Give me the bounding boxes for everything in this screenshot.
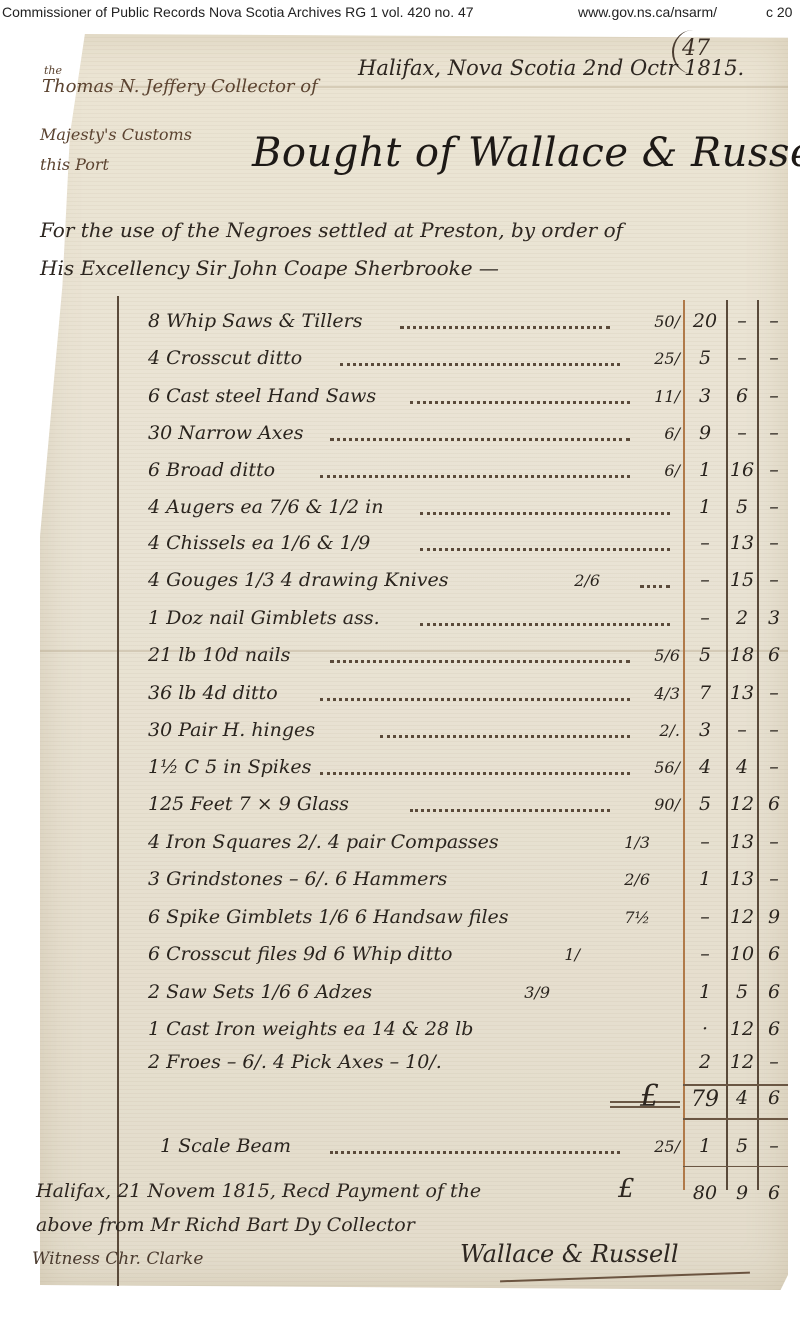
item-rate: 56/ bbox=[654, 758, 680, 777]
item-rate: 11/ bbox=[654, 387, 680, 406]
item-pence: 6 bbox=[760, 943, 788, 965]
item-pounds: – bbox=[686, 831, 724, 853]
item-pounds: 20 bbox=[686, 310, 724, 332]
item-shillings: 12 bbox=[727, 906, 757, 928]
item-pence: – bbox=[760, 756, 788, 778]
item-shillings: 13 bbox=[727, 532, 757, 554]
item-pence: – bbox=[760, 459, 788, 481]
item-description: 30 Narrow Axes bbox=[148, 422, 304, 444]
dot-leader bbox=[410, 807, 610, 812]
item-shillings: – bbox=[727, 422, 757, 444]
purpose-line-2: His Excellency Sir John Coape Sherbrooke… bbox=[40, 256, 499, 280]
item-shillings: 13 bbox=[727, 682, 757, 704]
item-pence: – bbox=[760, 569, 788, 591]
item-rate: 2/6 bbox=[574, 571, 600, 590]
witness-line: Witness Chr. Clarke bbox=[32, 1249, 203, 1269]
item-rate: 2/6 bbox=[624, 870, 650, 889]
item-pounds: – bbox=[686, 569, 724, 591]
item-description: 6 Spike Gimblets 1/6 6 Handsaw files bbox=[148, 906, 509, 928]
table-row: 21 lb 10d nails 5/6 5 18 6 bbox=[0, 640, 800, 674]
item-shillings: 5 bbox=[727, 981, 757, 1003]
item-pence: 3 bbox=[760, 607, 788, 629]
dot-leader bbox=[410, 399, 630, 404]
table-row: 3 Grindstones – 6/. 6 Hammers 2/6 1 13 – bbox=[0, 864, 800, 898]
item-description: 2 Saw Sets 1/6 6 Adzes bbox=[148, 981, 372, 1003]
item-description: 4 Chissels ea 1/6 & 1/9 bbox=[148, 532, 370, 554]
addressee-line-2: Majesty's Customs bbox=[40, 125, 192, 144]
item-description: 6 Broad ditto bbox=[148, 459, 275, 481]
item-pence: 6 bbox=[760, 644, 788, 666]
item-rate: 2/. bbox=[659, 721, 680, 740]
table-row: 30 Narrow Axes 6/ 9 – – bbox=[0, 418, 800, 452]
item-rate: 6/ bbox=[664, 424, 680, 443]
purpose-line-1: For the use of the Negroes settled at Pr… bbox=[40, 218, 623, 242]
item-pounds: 9 bbox=[686, 422, 724, 444]
item-pounds: 1 bbox=[686, 496, 724, 518]
item-pence: 6 bbox=[760, 1018, 788, 1040]
item-description: 8 Whip Saws & Tillers bbox=[148, 310, 363, 332]
dot-leader bbox=[320, 770, 630, 775]
item-description: 1 Scale Beam bbox=[160, 1135, 291, 1157]
table-row: 2 Froes – 6/. 4 Pick Axes – 10/. 2 12 – bbox=[0, 1047, 800, 1081]
table-row: 4 Gouges 1/3 4 drawing Knives 2/6 – 15 – bbox=[0, 565, 800, 599]
table-row: 6 Cast steel Hand Saws 11/ 3 6 – bbox=[0, 381, 800, 415]
table-row: 1 Scale Beam 25/ 1 5 – bbox=[0, 1131, 800, 1165]
item-pence: – bbox=[760, 532, 788, 554]
table-row: 1 Doz nail Gimblets ass. – 2 3 bbox=[0, 603, 800, 637]
table-row: 8 Whip Saws & Tillers 50/ 20 – – bbox=[0, 306, 800, 340]
item-shillings: 18 bbox=[727, 644, 757, 666]
item-description: 4 Gouges 1/3 4 drawing Knives bbox=[148, 569, 449, 591]
item-pounds: 2 bbox=[686, 1051, 724, 1073]
dot-leader bbox=[400, 324, 610, 329]
item-pence: – bbox=[760, 682, 788, 704]
dot-leader bbox=[320, 473, 630, 478]
item-pounds: · bbox=[686, 1018, 724, 1040]
subtotal-pounds: 79 bbox=[686, 1087, 724, 1112]
item-pence: – bbox=[760, 719, 788, 741]
item-pounds: 5 bbox=[686, 347, 724, 369]
dot-leader bbox=[340, 361, 620, 366]
dot-leader bbox=[380, 733, 630, 738]
receipt-shillings: 9 bbox=[727, 1182, 757, 1204]
item-pence: 9 bbox=[760, 906, 788, 928]
item-rate: 25/ bbox=[654, 1137, 680, 1156]
archive-url[interactable]: www.gov.ns.ca/nsarm/ bbox=[578, 4, 717, 20]
item-description: 3 Grindstones – 6/. 6 Hammers bbox=[148, 868, 447, 890]
addressee-line-3: this Port bbox=[40, 155, 109, 174]
table-row: 4 Chissels ea 1/6 & 1/9 – 13 – bbox=[0, 528, 800, 562]
item-description: 2 Froes – 6/. 4 Pick Axes – 10/. bbox=[148, 1051, 442, 1073]
table-row: 36 lb 4d ditto 4/3 7 13 – bbox=[0, 678, 800, 712]
subtotal-shillings: 4 bbox=[727, 1087, 757, 1109]
dot-leader bbox=[330, 1149, 620, 1154]
item-rate: 1/ bbox=[564, 945, 580, 964]
item-description: 1 Cast Iron weights ea 14 & 28 lb bbox=[148, 1018, 473, 1040]
item-pence: – bbox=[760, 831, 788, 853]
item-pounds: 1 bbox=[686, 868, 724, 890]
subtotal-underline bbox=[683, 1118, 788, 1120]
extra-item-underline bbox=[683, 1166, 788, 1167]
item-pounds: – bbox=[686, 532, 724, 554]
item-pounds: 1 bbox=[686, 981, 724, 1003]
item-pounds: 1 bbox=[686, 1135, 724, 1157]
dot-leader bbox=[320, 696, 630, 701]
table-row: 4 Augers ea 7/6 & 1/2 in 1 5 – bbox=[0, 492, 800, 526]
dot-leader bbox=[330, 658, 630, 663]
item-rate: 1/3 bbox=[624, 833, 650, 852]
item-shillings: 13 bbox=[727, 868, 757, 890]
item-rate: 90/ bbox=[654, 795, 680, 814]
table-row: 125 Feet 7 × 9 Glass 90/ 5 12 6 bbox=[0, 789, 800, 823]
receipt-line-2: above from Mr Richd Bart Dy Collector bbox=[36, 1214, 415, 1236]
item-pounds: 3 bbox=[686, 385, 724, 407]
item-pounds: 5 bbox=[686, 793, 724, 815]
item-rate: 25/ bbox=[654, 349, 680, 368]
receipt-pounds: 80 bbox=[686, 1182, 724, 1204]
item-pence: – bbox=[760, 310, 788, 332]
item-shillings: 6 bbox=[727, 385, 757, 407]
place-date: Halifax, Nova Scotia 2nd Octr 1815. bbox=[358, 56, 744, 80]
receipt-amount-row: 80 9 6 bbox=[0, 1178, 800, 1212]
item-description: 6 Crosscut files 9d 6 Whip ditto bbox=[148, 943, 452, 965]
dot-leader bbox=[420, 621, 670, 626]
item-shillings: 12 bbox=[727, 793, 757, 815]
item-description: 4 Crosscut ditto bbox=[148, 347, 302, 369]
item-shillings: 10 bbox=[727, 943, 757, 965]
item-description: 1 Doz nail Gimblets ass. bbox=[148, 607, 380, 629]
item-description: 4 Augers ea 7/6 & 1/2 in bbox=[148, 496, 383, 518]
table-row: 30 Pair H. hinges 2/. 3 – – bbox=[0, 715, 800, 749]
item-pence: 6 bbox=[760, 793, 788, 815]
item-pounds: 7 bbox=[686, 682, 724, 704]
item-pence: – bbox=[760, 347, 788, 369]
table-row: 6 Crosscut files 9d 6 Whip ditto 1/ – 10… bbox=[0, 939, 800, 973]
item-pounds: – bbox=[686, 607, 724, 629]
item-pounds: 1 bbox=[686, 459, 724, 481]
item-shillings: – bbox=[727, 347, 757, 369]
dot-leader bbox=[420, 546, 670, 551]
subtotal-row: £ 79 4 6 bbox=[0, 1083, 800, 1117]
item-rate: 3/9 bbox=[524, 983, 550, 1002]
table-row: 6 Broad ditto 6/ 1 16 – bbox=[0, 455, 800, 489]
table-row: 4 Iron Squares 2/. 4 pair Compasses 1/3 … bbox=[0, 827, 800, 861]
pound-sign: £ bbox=[640, 1079, 659, 1114]
item-shillings: 2 bbox=[727, 607, 757, 629]
item-shillings: 13 bbox=[727, 831, 757, 853]
table-row: 1½ C 5 in Spikes 56/ 4 4 – bbox=[0, 752, 800, 786]
addressee-line-1: Thomas N. Jeffery Collector of bbox=[42, 76, 318, 97]
dot-leader bbox=[640, 583, 670, 588]
table-row: 6 Spike Gimblets 1/6 6 Handsaw files 7½ … bbox=[0, 902, 800, 936]
archive-reference: Commissioner of Public Records Nova Scot… bbox=[2, 4, 474, 20]
item-description: 21 lb 10d nails bbox=[148, 644, 290, 666]
item-pence: – bbox=[760, 385, 788, 407]
item-description: 30 Pair H. hinges bbox=[148, 719, 315, 741]
item-pounds: 5 bbox=[686, 644, 724, 666]
dot-leader bbox=[330, 436, 630, 441]
item-shillings: – bbox=[727, 719, 757, 741]
item-shillings: 16 bbox=[727, 459, 757, 481]
item-rate: 5/6 bbox=[654, 646, 680, 665]
table-row: 4 Crosscut ditto 25/ 5 – – bbox=[0, 343, 800, 377]
item-rate: 4/3 bbox=[654, 684, 680, 703]
item-shillings: 5 bbox=[727, 496, 757, 518]
item-description: 125 Feet 7 × 9 Glass bbox=[148, 793, 349, 815]
table-row: 2 Saw Sets 1/6 6 Adzes 3/9 1 5 6 bbox=[0, 977, 800, 1011]
item-rate: 7½ bbox=[624, 908, 650, 927]
document-heading: Bought of Wallace & Russell. bbox=[252, 130, 800, 176]
item-shillings: 15 bbox=[727, 569, 757, 591]
item-description: 6 Cast steel Hand Saws bbox=[148, 385, 376, 407]
item-shillings: 12 bbox=[727, 1051, 757, 1073]
item-pence: – bbox=[760, 422, 788, 444]
item-pounds: 3 bbox=[686, 719, 724, 741]
item-rate: 6/ bbox=[664, 461, 680, 480]
item-pence: 6 bbox=[760, 981, 788, 1003]
item-pounds: – bbox=[686, 943, 724, 965]
item-pence: – bbox=[760, 868, 788, 890]
item-shillings: 4 bbox=[727, 756, 757, 778]
item-rate: 50/ bbox=[654, 312, 680, 331]
table-row: 1 Cast Iron weights ea 14 & 28 lb · 12 6 bbox=[0, 1014, 800, 1048]
merchant-signature: Wallace & Russell bbox=[460, 1240, 679, 1268]
image-code: c 20 bbox=[766, 4, 792, 20]
item-shillings: – bbox=[727, 310, 757, 332]
item-pence: – bbox=[760, 1135, 788, 1157]
item-pence: – bbox=[760, 496, 788, 518]
item-pence: – bbox=[760, 1051, 788, 1073]
receipt-pence: 6 bbox=[760, 1182, 788, 1204]
item-description: 4 Iron Squares 2/. 4 pair Compasses bbox=[148, 831, 499, 853]
item-shillings: 5 bbox=[727, 1135, 757, 1157]
item-description: 36 lb 4d ditto bbox=[148, 682, 278, 704]
item-description: 1½ C 5 in Spikes bbox=[148, 756, 311, 778]
subtotal-pence: 6 bbox=[760, 1087, 788, 1109]
item-pounds: – bbox=[686, 906, 724, 928]
item-pounds: 4 bbox=[686, 756, 724, 778]
archive-caption: Commissioner of Public Records Nova Scot… bbox=[0, 2, 800, 24]
item-shillings: 12 bbox=[727, 1018, 757, 1040]
dot-leader bbox=[420, 510, 670, 515]
